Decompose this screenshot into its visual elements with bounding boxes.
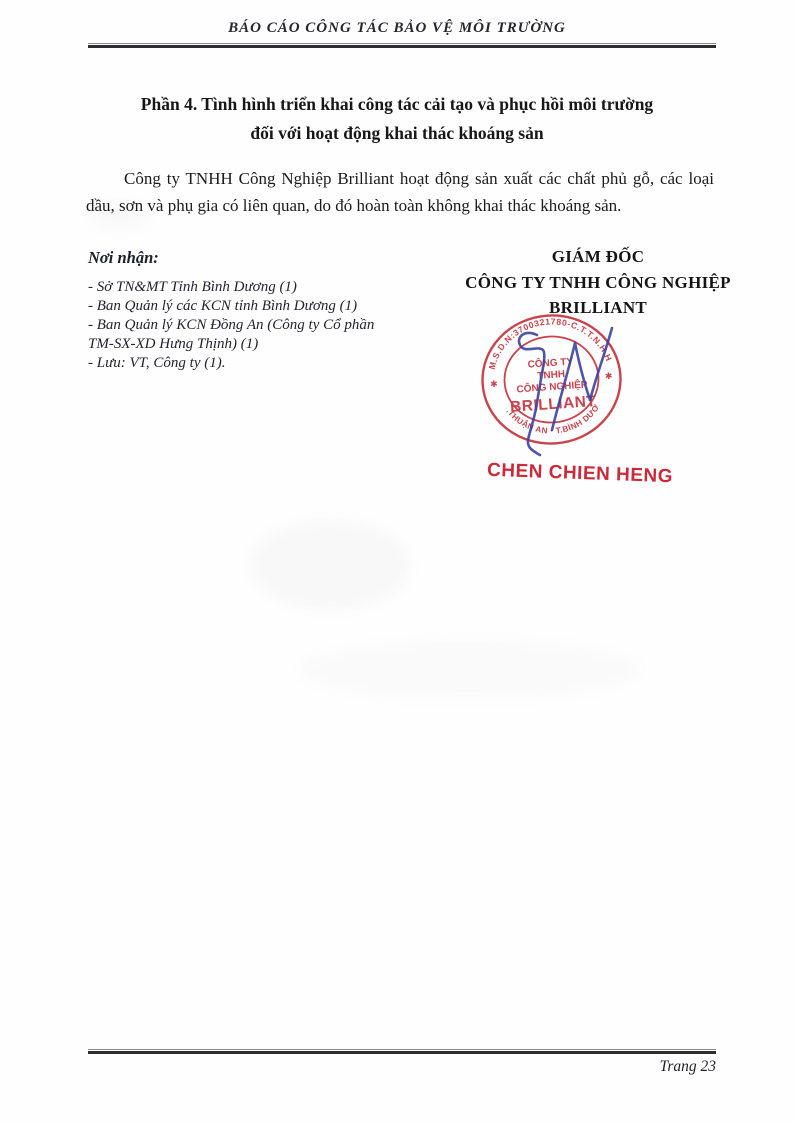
stamp-center-line4: BRILLIANT [510,393,597,416]
recipient-item: - Ban Quản lý các KCN tỉnh Bình Dương (1… [88,297,398,316]
recipient-item: - Lưu: VT, Công ty (1). [88,354,398,373]
footer-rule [88,1049,716,1050]
recipients-label: Nơi nhận: [88,248,398,268]
body-paragraph: Công ty TNHH Công Nghiệp Brilliant hoạt … [86,166,714,219]
signer-title: GIÁM ĐỐC [418,244,778,270]
section-title-line1: Phần 4. Tình hình triển khai công tác cả… [83,90,711,119]
scan-noise [300,640,640,700]
scan-noise [250,520,410,610]
stamp-star-left: ✱ [490,379,498,390]
signer-name: CHEN CHIEN HENG [468,459,693,489]
section-title-line2: đối với hoạt động khai thác khoáng sản [83,119,711,148]
header-rule [88,43,716,44]
section-title: Phần 4. Tình hình triển khai công tác cả… [83,90,711,148]
document-page: BÁO CÁO CÔNG TÁC BẢO VỆ MÔI TRƯỜNG Phần … [0,0,794,1123]
recipients-block: Nơi nhận: - Sở TN&MT Tỉnh Bình Dương (1)… [88,248,398,373]
stamp-star-right: ✱ [605,371,613,382]
running-header: BÁO CÁO CÔNG TÁC BẢO VỆ MÔI TRƯỜNG [0,20,794,37]
recipient-item: - Ban Quản lý KCN Đồng An (Công ty Cổ ph… [88,316,398,354]
company-stamp: M.S.D.N:3700321780-C.T.T.N.H.H TP.THUẬN … [473,306,629,453]
page-number: Trang 23 [660,1058,716,1076]
stamp-center-line1: CÔNG TY [527,354,574,370]
signer-company-line1: CÔNG TY TNHH CÔNG NGHIỆP [418,270,778,296]
stamp-center-line2: TNHH [537,369,565,382]
recipient-item: - Sở TN&MT Tỉnh Bình Dương (1) [88,278,398,297]
